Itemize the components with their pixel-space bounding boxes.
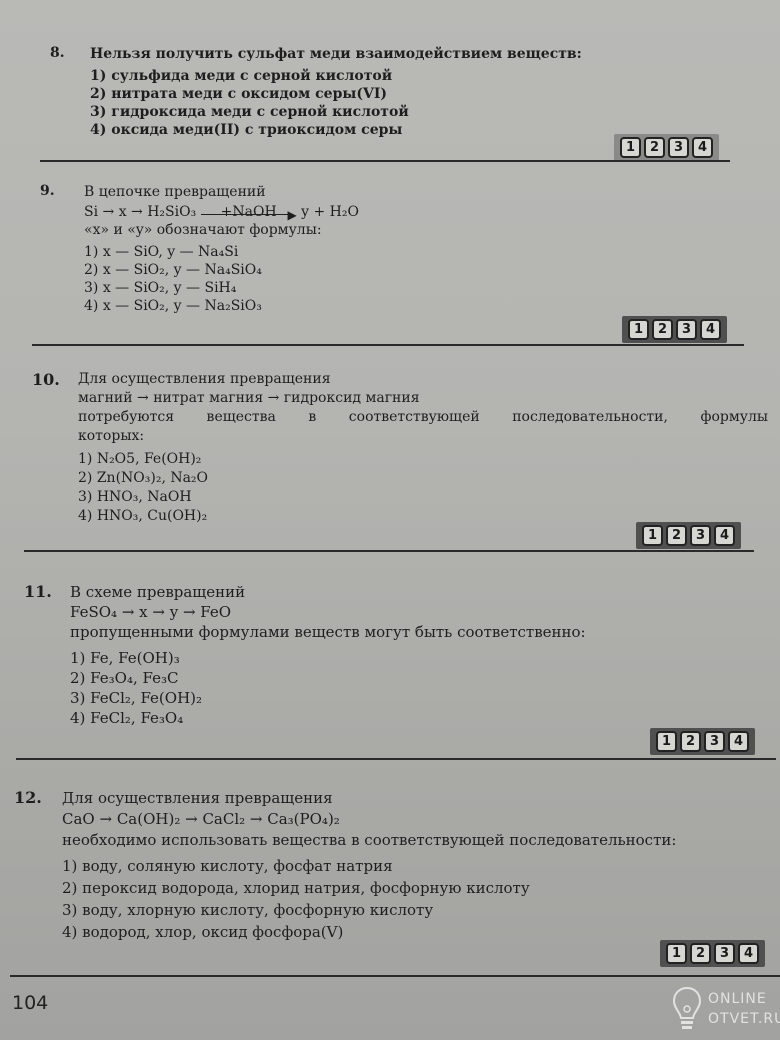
watermark: ONLINE OTVET.RU (668, 985, 778, 1033)
answer-box-3[interactable]: 3 (668, 137, 689, 158)
answer-box-4[interactable]: 4 (728, 731, 749, 752)
question-stem-after: «x» и «y» обозначают формулы: (84, 221, 359, 239)
answer-box-4[interactable]: 4 (700, 319, 721, 340)
answer-option-2: 2) нитрата меди с оксидом серы(VI) (90, 85, 582, 103)
answer-option-4: 4) водород, хлор, оксид фосфора(V) (62, 921, 676, 943)
question-number: 8. (50, 45, 65, 61)
question-stem-cont: необходимо использовать вещества в соотв… (62, 830, 676, 851)
answer-option-3: 3) гидроксида меди с серной кислотой (90, 103, 582, 121)
answer-option-1: 1) x — SiO, y — Na₄Si (84, 243, 359, 261)
answer-box-4[interactable]: 4 (714, 525, 735, 546)
answer-option-1: 1) воду, соляную кислоту, фосфат натрия (62, 855, 676, 877)
separator-line (10, 975, 780, 977)
reaction-chain: Si → x → H₂SiO₃ +NaOH ▶ y + H₂O (84, 203, 359, 221)
question-stem-cont: пропущенными формулами веществ могут быт… (70, 622, 586, 642)
separator-line (40, 160, 730, 162)
answer-box-1[interactable]: 1 (642, 525, 663, 546)
question-stem-cont: которых: (78, 427, 768, 446)
answer-boxes: 1 2 3 4 (650, 728, 755, 755)
answer-option-3: 3) FeCl₂, Fe(OH)₂ (70, 688, 586, 708)
chain-part-1: Si → x → H₂SiO₃ (84, 204, 196, 220)
question-stem: Для осуществления превращения (62, 788, 676, 809)
question-stem-cont: потребуются вещества в соответствующей п… (78, 408, 768, 427)
answer-option-4: 4) x — SiO₂, y — Na₂SiO₃ (84, 297, 359, 315)
answer-boxes: 1 2 3 4 (660, 940, 765, 967)
lightbulb-icon (672, 985, 702, 1033)
answer-box-3[interactable]: 3 (704, 731, 725, 752)
question-number: 9. (40, 183, 55, 199)
question-stem: В схеме превращений (70, 582, 586, 602)
answer-option-1: 1) N₂O5, Fe(OH)₂ (78, 450, 768, 469)
answer-box-1[interactable]: 1 (628, 319, 649, 340)
answer-boxes: 1 2 3 4 (622, 316, 727, 343)
answer-option-3: 3) HNO₃, NaOH (78, 488, 768, 507)
answer-box-2[interactable]: 2 (652, 319, 673, 340)
answer-option-4: 4) оксида меди(II) с триоксидом серы (90, 121, 582, 139)
answer-box-3[interactable]: 3 (690, 525, 711, 546)
chain-part-2: y + H₂O (301, 204, 359, 220)
reaction-chain: магний → нитрат магния → гидроксид магни… (78, 389, 768, 408)
question-number: 12. (14, 788, 42, 807)
answer-option-3: 3) x — SiO₂, y — SiH₄ (84, 279, 359, 297)
arrow-label: +NaOH (201, 206, 297, 218)
separator-line (16, 758, 776, 760)
answer-box-3[interactable]: 3 (676, 319, 697, 340)
reaction-chain: FeSO₄ → x → y → FeO (70, 602, 586, 622)
answer-boxes: 1 2 3 4 (636, 522, 741, 549)
question-number: 11. (24, 582, 52, 601)
answer-option-2: 2) x — SiO₂, y — Na₄SiO₄ (84, 261, 359, 279)
answer-option-4: 4) FeCl₂, Fe₃O₄ (70, 708, 586, 728)
question-stem: Для осуществления превращения (78, 370, 768, 389)
reaction-chain: CaO → Ca(OH)₂ → CaCl₂ → Ca₃(PO₄)₂ (62, 809, 676, 830)
answer-option-2: 2) Zn(NO₃)₂, Na₂O (78, 469, 768, 488)
answer-option-2: 2) пероксид водорода, хлорид натрия, фос… (62, 877, 676, 899)
answer-boxes: 1 2 3 4 (614, 134, 719, 161)
question-stem: Нельзя получить сульфат меди взаимодейст… (90, 45, 582, 63)
answer-box-2[interactable]: 2 (644, 137, 665, 158)
answer-box-1[interactable]: 1 (656, 731, 677, 752)
question-stem: В цепочке превращений (84, 183, 359, 201)
page-number: 104 (12, 992, 48, 1014)
answer-box-4[interactable]: 4 (738, 943, 759, 964)
question-number: 10. (32, 370, 60, 389)
separator-line (32, 344, 744, 346)
reaction-arrow: +NaOH ▶ (201, 206, 297, 218)
watermark-line-1: ONLINE (708, 989, 780, 1009)
answer-box-4[interactable]: 4 (692, 137, 713, 158)
answer-box-2[interactable]: 2 (666, 525, 687, 546)
answer-option-2: 2) Fe₃O₄, Fe₃C (70, 668, 586, 688)
answer-box-1[interactable]: 1 (666, 943, 687, 964)
watermark-line-2: OTVET.RU (708, 1009, 780, 1029)
answer-box-3[interactable]: 3 (714, 943, 735, 964)
answer-box-2[interactable]: 2 (680, 731, 701, 752)
separator-line (24, 550, 754, 552)
answer-option-1: 1) сульфида меди с серной кислотой (90, 67, 582, 85)
answer-option-3: 3) воду, хлорную кислоту, фосфорную кисл… (62, 899, 676, 921)
answer-box-2[interactable]: 2 (690, 943, 711, 964)
answer-option-1: 1) Fe, Fe(OH)₃ (70, 648, 586, 668)
answer-box-1[interactable]: 1 (620, 137, 641, 158)
